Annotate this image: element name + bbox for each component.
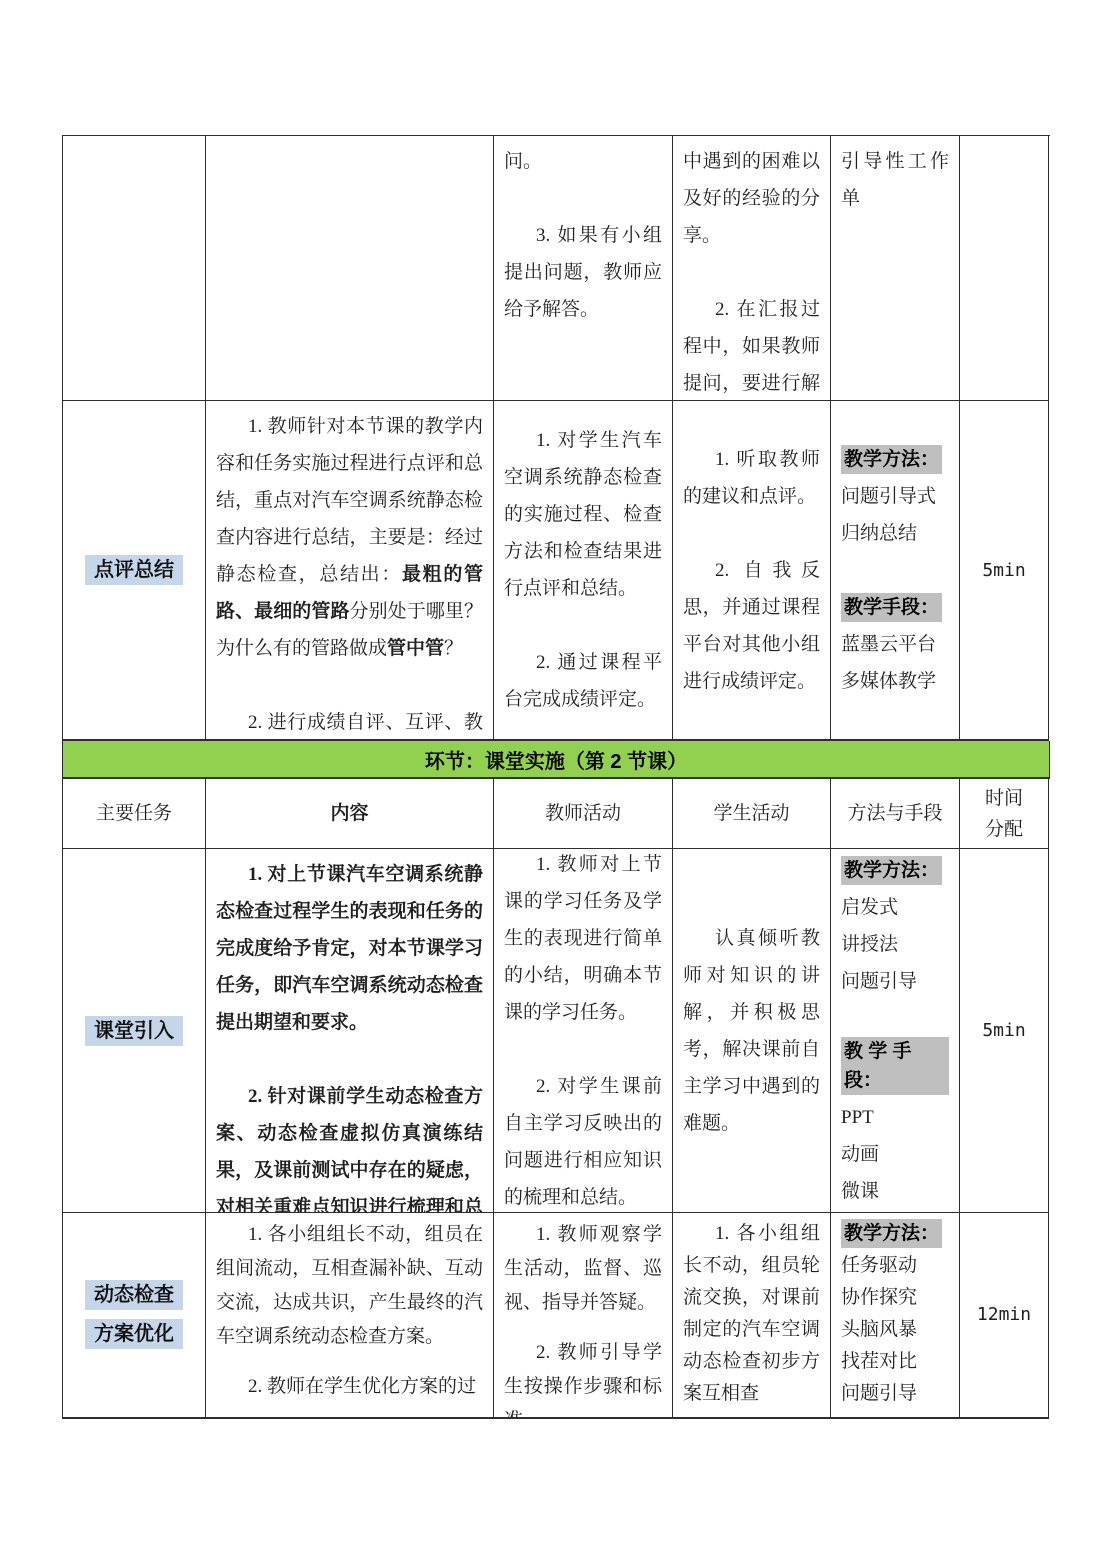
means-item: 蓝墨云平台 [841,626,949,663]
task-label-highlight: 动态检查 [85,1280,183,1310]
table-row-summary: 点评总结 1. 教师针对本节课的教学内容和任务实施过程进行点评和总结，重点对汽车… [63,401,1050,741]
teacher-activity-paragraph: 问。 [504,143,662,180]
teacher-activity-paragraph: 2. 对学生课前自主学习反映出的问题进行相应知识的梳理和总结。 [504,1068,662,1214]
header-content: 内容 [206,779,494,849]
cell-carryover-time-empty [960,136,1049,401]
cell-optimize-student-activity: 1. 各小组组长不动，组员轮流交换，对课前制定的汽车空调动态检查初步方案互相查 [673,1213,831,1419]
cell-intro-teacher-activity: 1. 教师对上节课的学习任务及学生的表现进行简单的小结，明确本节课的学习任务。 … [494,849,673,1213]
method-item: 问题引导 [841,963,949,1000]
teaching-method-label: 教学方法： [841,445,942,474]
cell-intro-time: 5min [960,849,1049,1213]
task-label-highlight: 点评总结 [85,555,183,585]
content-paragraph: 1. 对上节课汽车空调系统静态检查过程学生的表现和任务的完成度给予肯定，对本节课… [216,856,483,1041]
cell-optimize-task: 动态检查 方案优化 [63,1213,206,1419]
means-item: 微课 [841,1173,949,1210]
table-header-row: 主要任务 内容 教师活动 学生活动 方法与手段 时间 分配 [63,779,1050,849]
header-label: 内容 [330,795,368,832]
content-paragraph: 1. 教师针对本节课的教学内容和任务实施过程进行点评和总结，重点对汽车空调系统静… [216,408,483,667]
cell-summary-teacher-activity: 1. 对学生汽车空调系统静态检查的实施过程、检查方法和检查结果进行点评和总结。 … [494,401,673,741]
teacher-activity-paragraph: 1. 教师对上节课的学习任务及学生的表现进行简单的小结，明确本节课的学习任务。 [504,849,662,1031]
header-label: 时间 [985,783,1023,814]
cell-intro-methods: 教学方法： 启发式 讲授法 问题引导 教 学 手 段： PPT 动画 微课 [831,849,960,1213]
method-item: 问题引导 [841,1378,949,1410]
table-row-intro: 课堂引入 1. 对上节课汽车空调系统静态检查过程学生的表现和任务的完成度给予肯定… [63,849,1050,1213]
time-value: 12min [977,1296,1031,1333]
cell-optimize-teacher-activity: 1. 教师观察学生活动，监督、巡视、指导并答疑。 2. 教师引导学生按操作步骤和… [494,1213,673,1419]
teacher-activity-paragraph: 1. 对学生汽车空调系统静态检查的实施过程、检查方法和检查结果进行点评和总结。 [504,422,662,607]
teacher-activity-paragraph: 3. 如果有小组提出问题，教师应给予解答。 [504,217,662,328]
teacher-activity-paragraph: 1. 教师观察学生活动，监督、巡视、指导并答疑。 [504,1218,662,1320]
cell-summary-task: 点评总结 [63,401,206,741]
task-label-highlight: 课堂引入 [85,1016,183,1046]
cell-summary-methods: 教学方法： 问题引导式 归纳总结 教学手段： 蓝墨云平台 多媒体教学 [831,401,960,741]
method-item: 归纳总结 [841,515,949,552]
teacher-activity-paragraph: 2. 教师引导学生按操作步骤和标准 [504,1336,662,1419]
means-item: PPT [841,1099,949,1136]
header-time-allocation: 时间 分配 [960,779,1049,849]
teacher-activity-paragraph: 2. 通过课程平台完成成绩评定。 [504,644,662,718]
cell-summary-student-activity: 1. 听取教师的建议和点评。 2. 自我反思，并通过课程平台对其他小组进行成绩评… [673,401,831,741]
methods-label-line: 教学方法： [841,852,949,889]
cell-carryover-student-activity: 中遇到的困难以及好的经验的分享。 2. 在汇报过程中，如果教师提问，要进行解答。 [673,136,831,401]
student-activity-paragraph: 2. 自我反思，并通过课程平台对其他小组进行成绩评定。 [683,552,820,700]
teaching-method-label: 教学方法： [841,856,942,885]
cell-intro-content: 1. 对上节课汽车空调系统静态检查过程学生的表现和任务的完成度给予肯定，对本节课… [206,849,494,1213]
header-label: 主要任务 [96,795,172,832]
header-label: 教师活动 [545,795,621,832]
student-activity-paragraph: 1. 听取教师的建议和点评。 [683,441,820,515]
table-row-optimize: 动态检查 方案优化 1. 各小组组长不动，组员在组间流动，互相查漏补缺、互动交流… [63,1213,1050,1419]
content-paragraph: 1. 各小组组长不动，组员在组间流动，互相查漏补缺、互动交流，达成共识，产生最终… [216,1218,483,1354]
cell-summary-time: 5min [960,401,1049,741]
cell-carryover-content-empty [206,136,494,401]
method-item: 启发式 [841,889,949,926]
method-item: 协作探究 [841,1282,949,1314]
content-paragraph: 2. 教师在学生优化方案的过 [216,1370,483,1404]
method-item: 问题引导式 [841,478,949,515]
header-main-task: 主要任务 [63,779,206,849]
method-item: 头脑风暴 [841,1314,949,1346]
methods-label-line: 教学手段： [841,589,949,626]
header-methods-means: 方法与手段 [831,779,960,849]
lesson-plan-table: 问。 3. 如果有小组提出问题，教师应给予解答。 中遇到的困难以及好的经验的分享… [62,135,1050,1419]
time-value: 5min [982,552,1025,589]
teaching-means-label: 教学手段： [841,593,942,622]
cell-carryover-task-empty [63,136,206,401]
cell-optimize-methods: 教学方法： 任务驱动 协作探究 头脑风暴 找茬对比 问题引导 [831,1213,960,1419]
section-banner: 环节：课堂实施（第 2 节课） [63,741,1050,779]
header-label: 分配 [985,814,1023,845]
means-item: 多媒体教学 [841,663,949,700]
header-student-activity: 学生活动 [673,779,831,849]
student-activity-paragraph: 中遇到的困难以及好的经验的分享。 [683,143,820,254]
cell-summary-content: 1. 教师针对本节课的教学内容和任务实施过程进行点评和总结，重点对汽车空调系统静… [206,401,494,741]
means-item: 动画 [841,1136,949,1173]
cell-intro-task: 课堂引入 [63,849,206,1213]
header-label: 方法与手段 [847,795,942,832]
teaching-method-label: 教学方法： [841,1219,942,1248]
task-label-highlight: 方案优化 [85,1319,183,1349]
teaching-means-label: 教 学 手 段： [841,1037,949,1095]
methods-paragraph: 引导性工作单 [841,143,949,217]
time-value: 5min [982,1012,1025,1049]
cell-carryover-teacher-activity: 问。 3. 如果有小组提出问题，教师应给予解答。 [494,136,673,401]
header-label: 学生活动 [713,795,789,832]
student-activity-paragraph: 认真倾听教师对知识的讲解，并积极思考，解决课前自主学习中遇到的难题。 [683,920,820,1142]
cell-carryover-methods: 引导性工作单 [831,136,960,401]
methods-label-line: 教学方法： [841,441,949,478]
cell-optimize-content: 1. 各小组组长不动，组员在组间流动，互相查漏补缺、互动交流，达成共识，产生最终… [206,1213,494,1419]
section-banner-row: 环节：课堂实施（第 2 节课） [63,741,1050,779]
method-item: 讲授法 [841,926,949,963]
content-text: ？ [444,638,463,659]
content-paragraph: 2. 针对课前学生动态检查方案、动态检查虚拟仿真演练结果，及课前测试中存在的疑虑… [216,1078,483,1213]
student-activity-paragraph: 1. 各小组组长不动，组员轮流交换，对课前制定的汽车空调动态检查初步方案互相查 [683,1218,820,1410]
content-bold-text: 管中管 [387,638,444,659]
content-paragraph: 2. 进行成绩自评、互评、教师评。 [216,704,483,741]
method-item: 找茬对比 [841,1346,949,1378]
cell-intro-student-activity: 认真倾听教师对知识的讲解，并积极思考，解决课前自主学习中遇到的难题。 [673,849,831,1213]
content-text: 1. 教师针对本节课的教学内容和任务实施过程进行点评和总结，重点对汽车空调系统静… [216,416,483,585]
cell-optimize-time: 12min [960,1213,1049,1419]
section-banner-title: 环节：课堂实施（第 2 节课） [425,745,687,774]
header-teacher-activity: 教师活动 [494,779,673,849]
methods-label-line: 教 学 手 段： [841,1037,949,1099]
table-row-carryover: 问。 3. 如果有小组提出问题，教师应给予解答。 中遇到的困难以及好的经验的分享… [63,136,1050,401]
method-item: 任务驱动 [841,1250,949,1282]
student-activity-paragraph: 2. 在汇报过程中，如果教师提问，要进行解答。 [683,291,820,401]
methods-label-line: 教学方法： [841,1218,949,1250]
